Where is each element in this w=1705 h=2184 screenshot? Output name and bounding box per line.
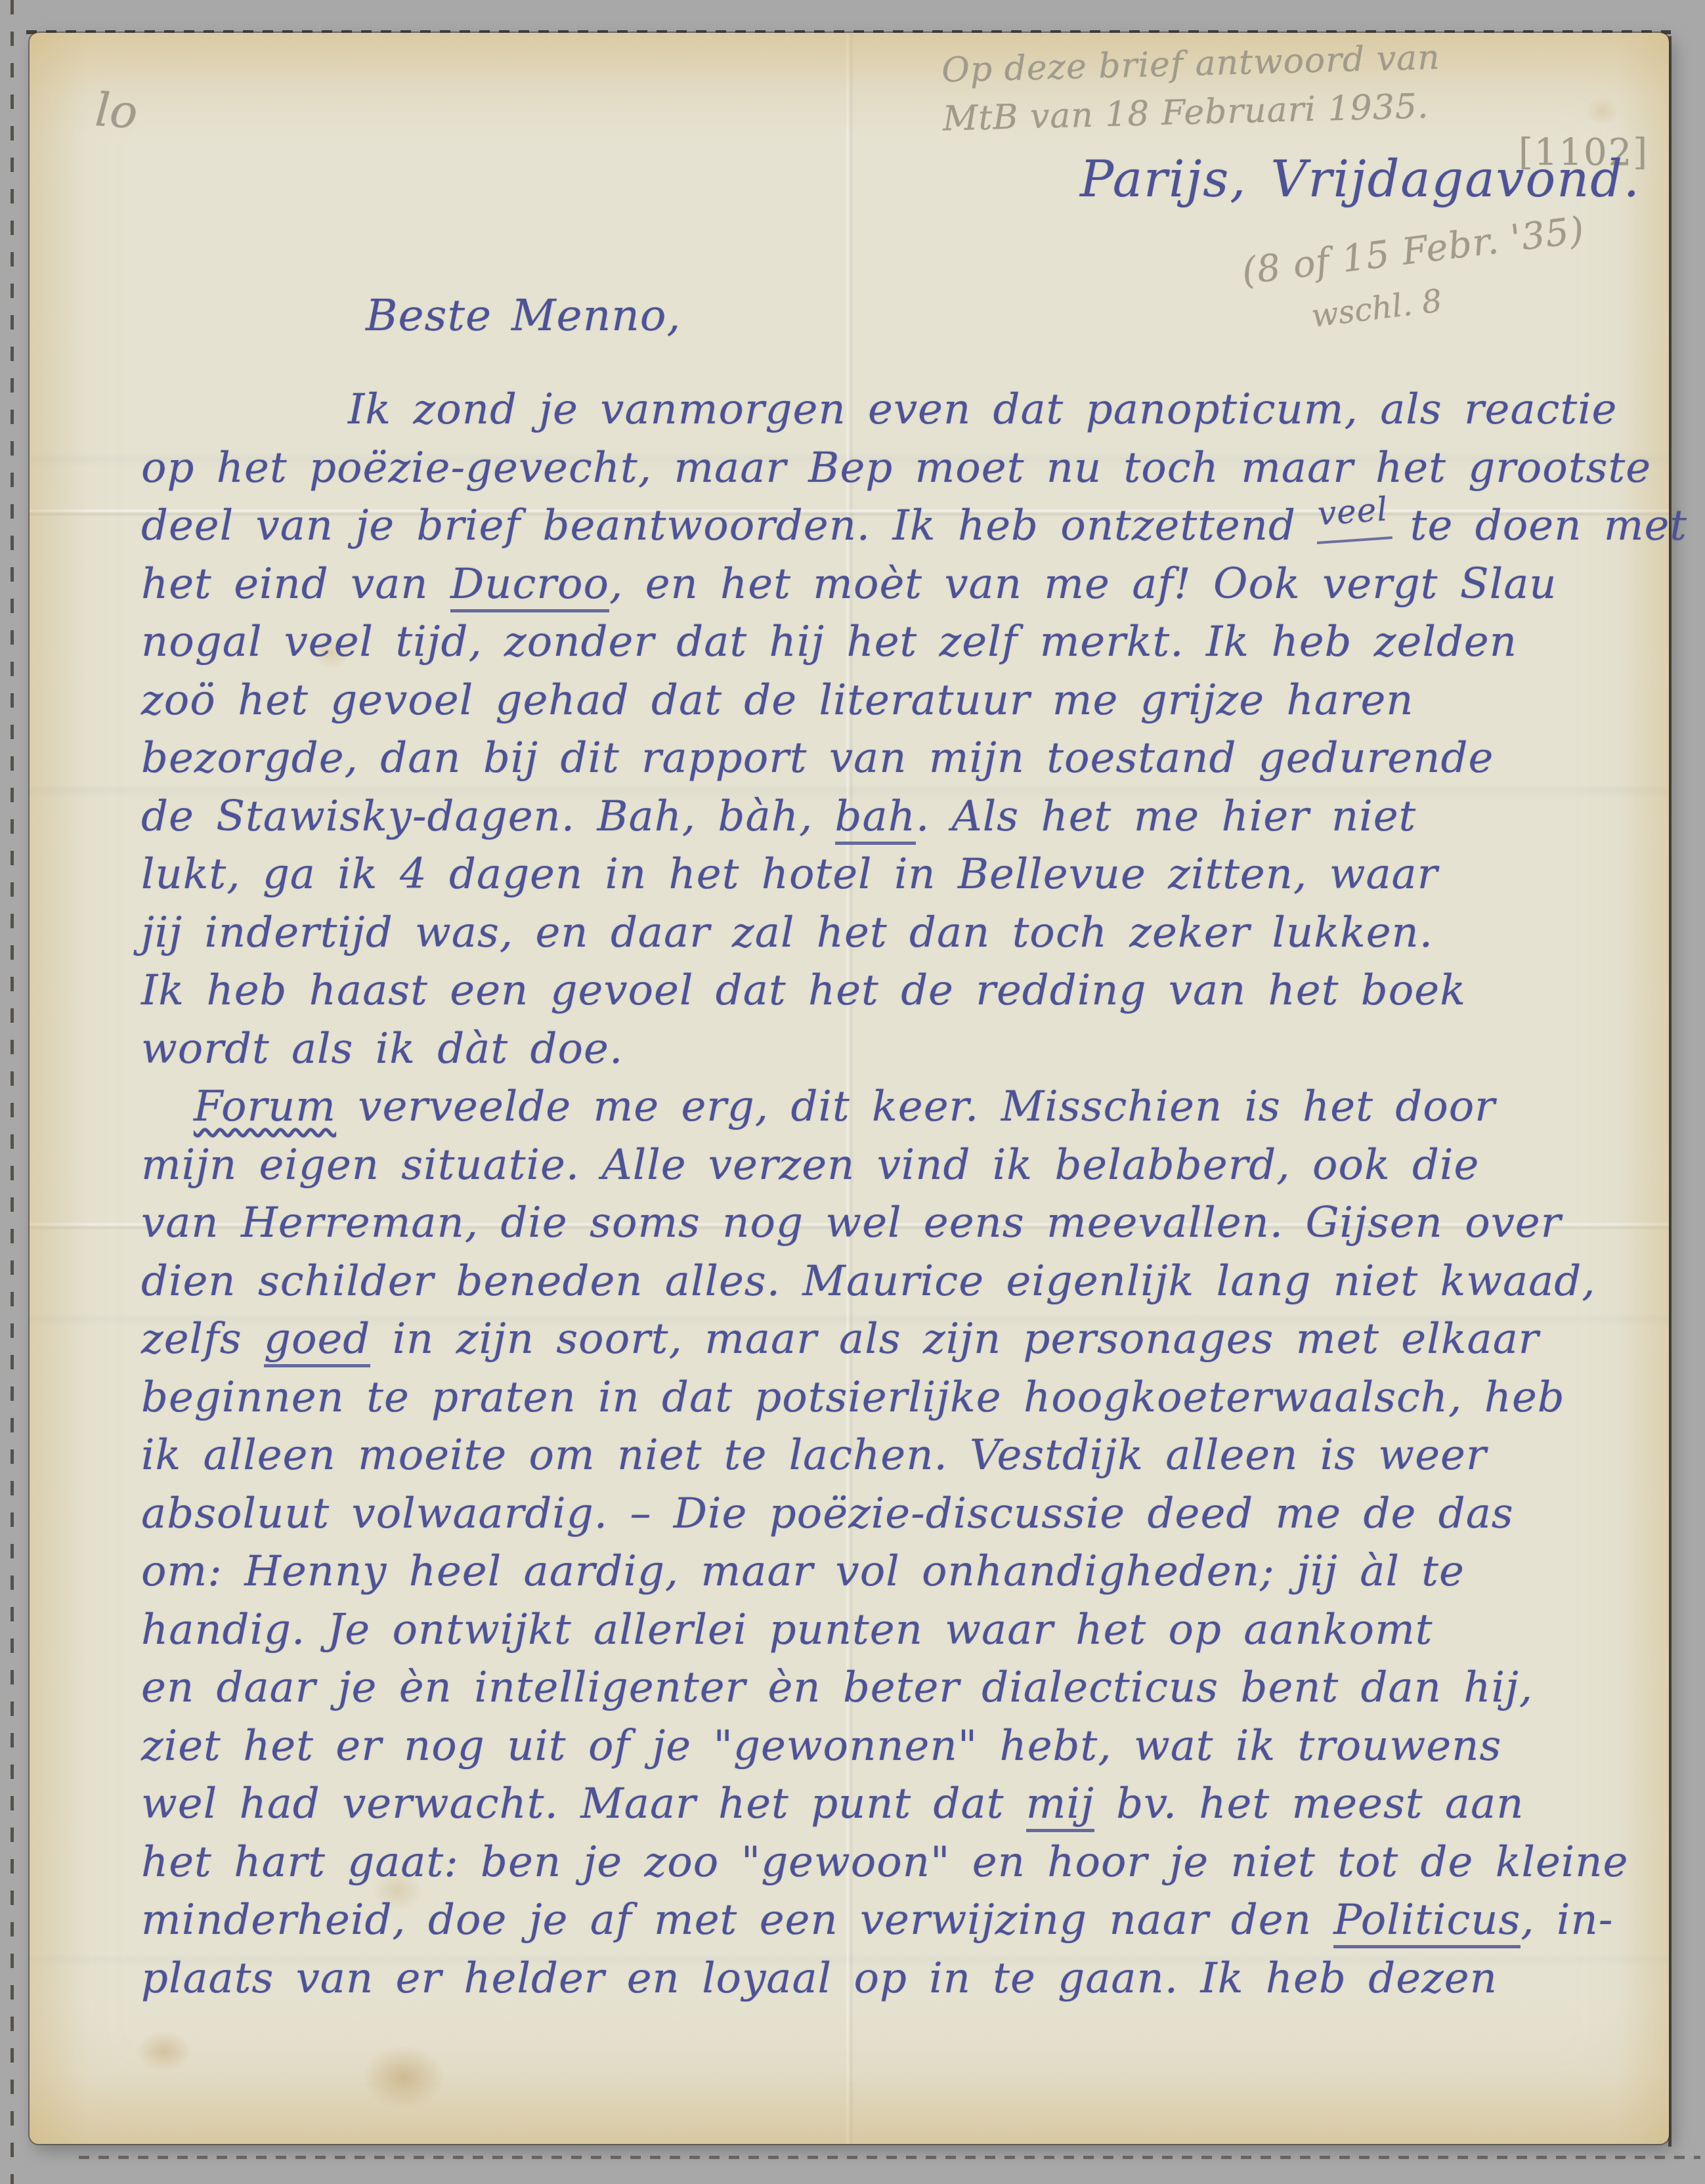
letter-text: plaats van er helder en loyaal op in te … (141, 1954, 1498, 2003)
letter-line: Forum verveelde me erg, dit keer. Missch… (141, 1079, 1651, 1138)
letter-line: de Stawisky-dagen. Bah, bàh, bah. Als he… (141, 789, 1651, 847)
letter-line: jij indertijd was, en daar zal het dan t… (141, 905, 1651, 964)
letter-line: het eind van Ducroo, en het moèt van me … (141, 557, 1651, 615)
letter-line: ik alleen moeite om niet te lachen. Vest… (141, 1428, 1651, 1486)
letter-text: verveelde me erg, dit keer. Misschien is… (336, 1082, 1496, 1131)
letter-text: ziet het er nog uit of je "gewonnen" heb… (141, 1722, 1501, 1770)
scan-edge-left (11, 0, 14, 2184)
letter-text: bv. het meest aan (1094, 1780, 1524, 1828)
letter-text: in zijn soort, maar als zijn personages … (370, 1315, 1539, 1363)
letter-salutation: Beste Menno, (366, 290, 681, 341)
underlined-word: Ducroo (450, 560, 609, 612)
letter-text: ik alleen moeite om niet te lachen. Vest… (141, 1431, 1486, 1480)
letter-text: mijn eigen situatie. Alle verzen vind ik… (141, 1141, 1479, 1189)
letter-line: zelfs goed in zijn soort, maar als zijn … (141, 1312, 1651, 1370)
underlined-word: Politicus (1333, 1896, 1521, 1948)
letter-page: lo Op deze brief antwoord van MtB van 18… (30, 33, 1669, 2144)
letter-text: Ik heb haast een gevoel dat het de reddi… (141, 966, 1466, 1015)
letter-text: Ik zond je vanmorgen even dat panopticum… (348, 385, 1617, 434)
letter-line: wel had verwacht. Maar het punt dat mij … (141, 1776, 1651, 1835)
letter-line: Ik zond je vanmorgen even dat panopticum… (141, 382, 1651, 440)
letter-dateline: Parijs, Vrijdagavond. (1080, 150, 1641, 208)
letter-text: deel van je brief beantwoorden. Ik heb o… (141, 502, 1318, 550)
archivist-date-note: (8 of 15 Febr. '35) (1240, 209, 1587, 293)
letter-text: om: Henny heel aardig, maar vol onhandig… (141, 1547, 1465, 1596)
letter-text: absoluut volwaardig. – Die poëzie-discus… (141, 1489, 1514, 1538)
letter-line: bezorgde, dan bij dit rapport van mijn t… (141, 731, 1651, 789)
letter-line: en daar je èn intelligenter èn beter dia… (141, 1660, 1651, 1719)
underlined-title: Forum (194, 1082, 336, 1131)
letter-line: beginnen te praten in dat potsierlijke h… (141, 1370, 1651, 1428)
letter-text: het hart gaat: ben je zoo "gewoon" en ho… (141, 1838, 1628, 1887)
letter-text: , en het moèt van me af! Ook vergt Slau (609, 560, 1557, 609)
letter-text: handig. Je ontwijkt allerlei punten waar… (141, 1606, 1433, 1654)
letter-text: te doen met (1388, 502, 1687, 550)
letter-line: wordt als ik dàt doe. (141, 1021, 1651, 1080)
letter-text: jij indertijd was, en daar zal het dan t… (141, 909, 1433, 957)
letter-line: ziet het er nog uit of je "gewonnen" heb… (141, 1719, 1651, 1777)
letter-line: mijn eigen situatie. Alle verzen vind ik… (141, 1138, 1651, 1196)
letter-line: van Herreman, die soms nog wel eens meev… (141, 1195, 1651, 1254)
letter-text: op het poëzie-gevecht, maar Bep moet nu … (141, 444, 1651, 492)
letter-line: handig. Je ontwijkt allerlei punten waar… (141, 1602, 1651, 1661)
letter-text: bezorgde, dan bij dit rapport van mijn t… (141, 734, 1494, 782)
scan-background: lo Op deze brief antwoord van MtB van 18… (0, 0, 1705, 2184)
letter-text: de Stawisky-dagen. Bah, bàh, (141, 792, 835, 841)
letter-text: . Als het me hier niet (916, 792, 1416, 841)
archivist-corner-mark: lo (93, 83, 139, 139)
letter-line: Ik heb haast een gevoel dat het de reddi… (141, 963, 1651, 1021)
letter-line: om: Henny heel aardig, maar vol onhandig… (141, 1544, 1651, 1602)
letter-text: nogal veel tijd, zonder dat hij het zelf… (141, 618, 1517, 666)
letter-text: het eind van (141, 560, 450, 609)
letter-text: lukt, ga ik 4 dagen in het hotel in Bell… (141, 850, 1438, 899)
letter-line: lukt, ga ik 4 dagen in het hotel in Bell… (141, 847, 1651, 905)
letter-body: Ik zond je vanmorgen even dat panopticum… (141, 382, 1651, 2009)
underlined-word: goed (264, 1315, 370, 1367)
letter-line: absoluut volwaardig. – Die poëzie-discus… (141, 1486, 1651, 1545)
inserted-word: veel (1313, 481, 1392, 544)
letter-text: en daar je èn intelligenter èn beter dia… (141, 1663, 1533, 1712)
underlined-word: bah (835, 792, 916, 845)
letter-text: beginnen te praten in dat potsierlijke h… (141, 1373, 1565, 1422)
underlined-word: mij (1026, 1780, 1094, 1832)
archivist-top-note: Op deze brief antwoord van MtB van 18 Fe… (941, 30, 1574, 143)
letter-text: dien schilder beneden alles. Maurice eig… (141, 1257, 1596, 1306)
letter-text: wel had verwacht. Maar het punt dat (141, 1780, 1026, 1828)
letter-text: zelfs (141, 1315, 264, 1363)
letter-line: minderheid, doe je af met een verwijzing… (141, 1893, 1651, 1951)
letter-text: , in- (1521, 1896, 1613, 1944)
letter-line: plaats van er helder en loyaal op in te … (141, 1951, 1651, 2009)
letter-line: nogal veel tijd, zonder dat hij het zelf… (141, 614, 1651, 673)
letter-text: zoö het gevoel gehad dat de literatuur m… (141, 676, 1414, 725)
letter-line: op het poëzie-gevecht, maar Bep moet nu … (141, 440, 1651, 499)
letter-text: minderheid, doe je af met een verwijzing… (141, 1896, 1333, 1944)
letter-line: het hart gaat: ben je zoo "gewoon" en ho… (141, 1835, 1651, 1893)
scan-edge-bottom (79, 2156, 1700, 2159)
letter-text: van Herreman, die soms nog wel eens meev… (141, 1199, 1561, 1247)
letter-line: zoö het gevoel gehad dat de literatuur m… (141, 673, 1651, 731)
letter-text: wordt als ik dàt doe. (141, 1025, 623, 1073)
letter-line: deel van je brief beantwoorden. Ik heb o… (141, 498, 1651, 557)
archivist-date-probable: wschl. 8 (1309, 282, 1444, 335)
letter-line: dien schilder beneden alles. Maurice eig… (141, 1254, 1651, 1312)
